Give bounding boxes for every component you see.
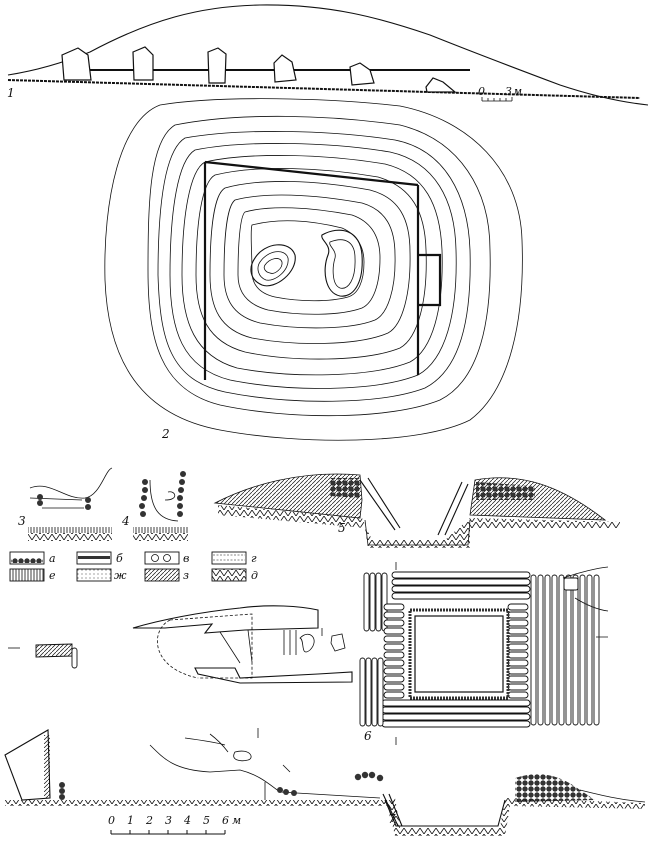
scale-tick-label: 2 [145,814,153,827]
panel-label: 5 [338,521,346,535]
scale-tick-label: 5 [203,814,210,827]
panel-3-section: 3 [18,468,112,541]
svg-text:ж: ж [114,569,127,582]
panel-label: 2 [161,427,170,441]
svg-text:0: 0 [478,85,485,98]
svg-text:м: м [513,85,522,98]
panel-1-scale-bar: 0 3 м [478,85,522,101]
svg-text:з: з [183,569,189,582]
legend-item: в [145,552,189,565]
legend-item: ж [77,569,127,582]
scale-unit: м [232,814,241,827]
legend-item: а [10,552,56,565]
panel-6-plan: 6 [8,562,608,745]
panel-1-profile: 1 0 3 м [7,5,648,105]
panel-7-section: 7 [5,730,645,836]
scale-tick-label: 6 [222,814,229,827]
legend-item: з [145,569,189,582]
scale-tick-label: 4 [183,814,191,827]
scale-tick-label: 0 [108,814,115,827]
svg-text:е: е [49,569,56,582]
svg-text:д: д [251,569,258,582]
standing-stone [274,55,296,82]
svg-text:в: в [183,552,189,565]
legend-item: е [10,569,56,582]
scale-tick-label: 1 [127,814,134,827]
panel-5-section: 5 [215,474,620,548]
svg-text:б: б [116,552,123,565]
svg-text:а: а [49,552,56,565]
svg-text:3: 3 [505,85,512,98]
panel-label: 3 [18,514,26,528]
legend-item: б [77,552,123,565]
main-scale-bar: 0123456м [108,814,241,834]
standing-stone [133,47,153,80]
scale-tick-label: 3 [165,814,172,827]
legend-item: д [212,569,258,582]
standing-stone [350,63,374,85]
panel-label: 4 [121,514,130,528]
panel-label: 1 [7,86,15,100]
legend: а б в г е ж з [10,552,258,582]
panel-label: 6 [364,729,372,743]
standing-stone [426,78,455,92]
svg-text:г: г [251,552,257,565]
panel-2-contour-plan: 2 [105,99,523,441]
log-chamber [360,572,599,727]
panel-4-section: 4 [121,471,188,541]
panel-label: 7 [388,812,396,826]
legend-item: г [212,552,257,565]
standing-stone [208,48,226,83]
figure-canvas: 1 0 3 м 2 3 [0,0,650,844]
